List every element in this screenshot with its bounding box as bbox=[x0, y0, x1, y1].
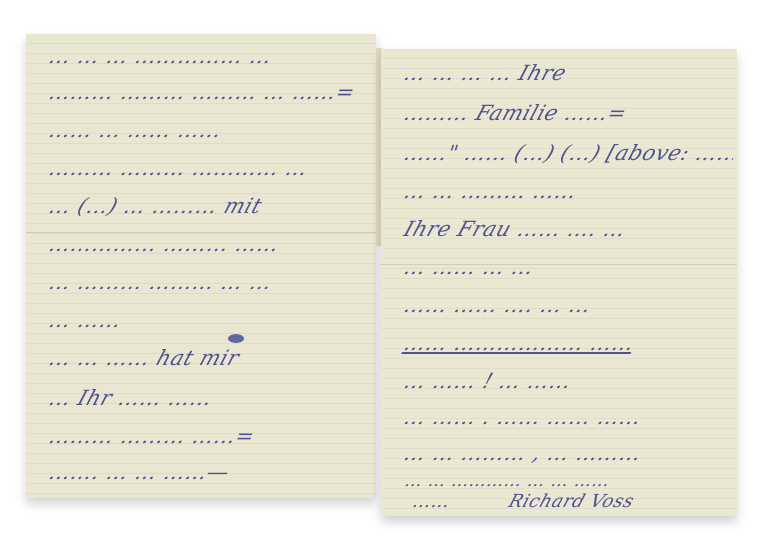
handwritten-line: … Ihr …… …… bbox=[42, 386, 378, 422]
ink-blot bbox=[228, 334, 244, 343]
handwritten-line: … …… . …… …… …… bbox=[397, 405, 739, 441]
handwritten-line-underlined: …… ……………… …… bbox=[397, 331, 739, 367]
handwritten-line: … … ……… …… bbox=[397, 179, 739, 215]
handwritten-line: ……… ……… ……… … ……= bbox=[42, 80, 378, 116]
handwritten-line: … … …… hat mir bbox=[42, 346, 378, 382]
handwritten-line: Ihre Frau …… …. … bbox=[397, 217, 739, 253]
handwritten-line: … … … … Ihre bbox=[397, 61, 739, 97]
handwritten-line: …… … …… …… bbox=[42, 118, 378, 154]
letter-page-left: … … … …………… … ……… ……… ……… … ……= …… … …… … bbox=[26, 34, 376, 498]
handwritten-line: … ……… ……… … … bbox=[42, 270, 378, 306]
handwritten-line: ……" …… (…) (…) [above: ……] bbox=[397, 141, 739, 177]
handwritten-line: … …… … … bbox=[397, 255, 739, 291]
handwritten-line: …………… ……… …… bbox=[42, 232, 378, 268]
handwritten-line: … (…) … ……… mit bbox=[42, 194, 378, 230]
handwritten-line: ……. … … ……— bbox=[42, 460, 378, 496]
handwritten-line: … …… ! … …… bbox=[397, 369, 739, 405]
handwritten-line: ……… Familie ……= bbox=[397, 101, 739, 137]
signature: Richard Voss bbox=[501, 491, 739, 527]
handwritten-line: … … … …………… … bbox=[42, 44, 378, 80]
handwritten-line: ……… ……… ……= bbox=[42, 424, 378, 460]
handwritten-line: …… …… …. … … bbox=[397, 293, 739, 329]
closing: …… bbox=[405, 491, 477, 527]
handwritten-line: … …… bbox=[42, 308, 378, 344]
handwritten-line: ……… ……… ………… … bbox=[42, 156, 378, 192]
letter-page-right: … … … … Ihre ……… Familie ……= ……" …… (…) … bbox=[381, 49, 737, 516]
